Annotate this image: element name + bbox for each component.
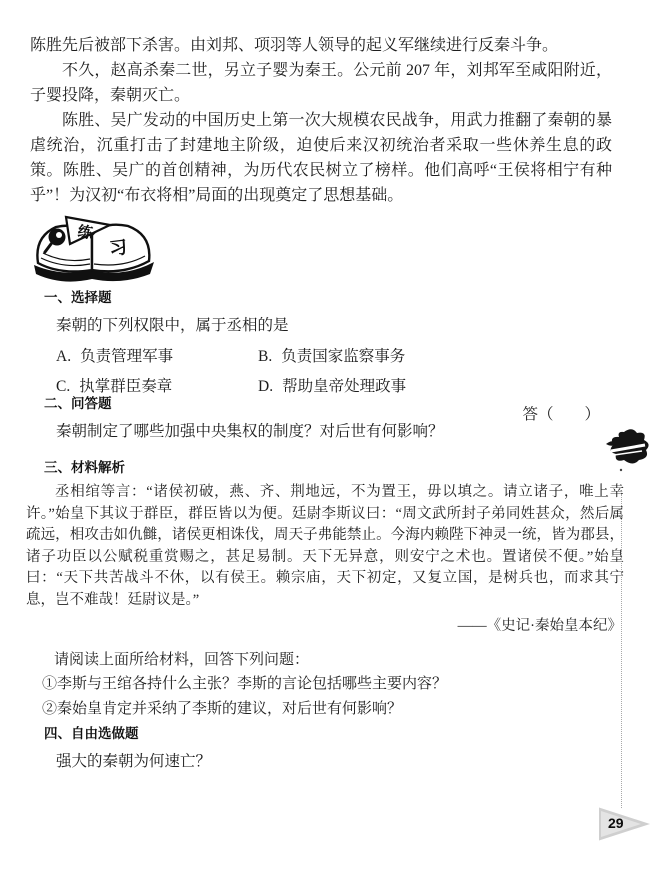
section-material: 三、材料解析 丞相绾等言：“诸侯初破，燕、齐、荆地远，不为置王，毋以填之。请立诸…: [26, 456, 624, 721]
option-a-text: 负责管理军事: [80, 348, 173, 365]
icon-char-xi: 习: [108, 237, 128, 259]
optional-question: 强大的秦朝为何速亡？: [56, 750, 622, 774]
margin-dotted-rule: [621, 494, 622, 808]
option-a: A.负责管理军事: [56, 344, 258, 369]
option-a-key: A.: [56, 348, 71, 365]
option-b: B.负责国家监察事务: [258, 344, 622, 369]
section-optional-heading: 四、自由选做题: [44, 722, 622, 742]
exercise-book-icon: 练 习: [26, 213, 162, 287]
margin-ink-sketch-icon: [604, 424, 650, 488]
material-question-1: ①李斯与王绾各持什么主张？李斯的言论包括哪些主要内容？: [42, 673, 624, 696]
intro-paragraph-1: 陈胜先后被部下杀害。由刘邦、项羽等人领导的起义军继续进行反秦斗争。: [30, 33, 612, 58]
intro-paragraph-3: 陈胜、吴广发动的中国历史上第一次大规模农民战争，用武力推翻了秦朝的暴虐统治，沉重…: [30, 108, 612, 208]
intro-paragraphs: 陈胜先后被部下杀害。由刘邦、项羽等人领导的起义军继续进行反秦斗争。 不久，赵高杀…: [30, 33, 612, 208]
option-b-key: B.: [258, 348, 272, 365]
section-optional: 四、自由选做题 强大的秦朝为何速亡？: [30, 722, 622, 774]
textbook-page: 陈胜先后被部下杀害。由刘邦、项羽等人领导的起义军继续进行反秦斗争。 不久，赵高杀…: [0, 0, 650, 888]
choice-options: A.负责管理军事 B.负责国家监察事务 C.执掌群臣奏章 D.帮助皇帝处理政事: [56, 344, 622, 399]
material-question-2: ②秦始皇肯定并采纳了李斯的建议，对后世有何影响？: [42, 698, 624, 721]
section-material-heading: 三、材料解析: [44, 456, 624, 476]
intro-paragraph-2: 不久，赵高杀秦二世，另立子婴为秦王。公元前 207 年，刘邦军至咸阳附近，子婴投…: [30, 58, 612, 108]
section-qa-heading: 二、问答题: [44, 392, 622, 412]
page-number-marker: 29: [599, 806, 650, 842]
material-prompt: 请阅读上面所给材料，回答下列问题：: [54, 649, 624, 671]
option-b-text: 负责国家监察事务: [281, 348, 405, 365]
material-text: 丞相绾等言：“诸侯初破，燕、齐、荆地远，不为置王，毋以填之。请立诸子，唯上幸许。…: [26, 482, 624, 612]
open-book-icon: 练 习: [26, 213, 162, 287]
material-source: ——《史记·秦始皇本纪》: [26, 614, 624, 635]
section-choice-heading: 一、选择题: [44, 286, 622, 306]
section-qa: 二、问答题 秦朝制定了哪些加强中央集权的制度？对后世有何影响？: [30, 392, 622, 444]
page-number: 29: [608, 815, 624, 831]
choice-question: 秦朝的下列权限中，属于丞相的是: [56, 314, 622, 338]
qa-question: 秦朝制定了哪些加强中央集权的制度？对后世有何影响？: [56, 420, 622, 444]
